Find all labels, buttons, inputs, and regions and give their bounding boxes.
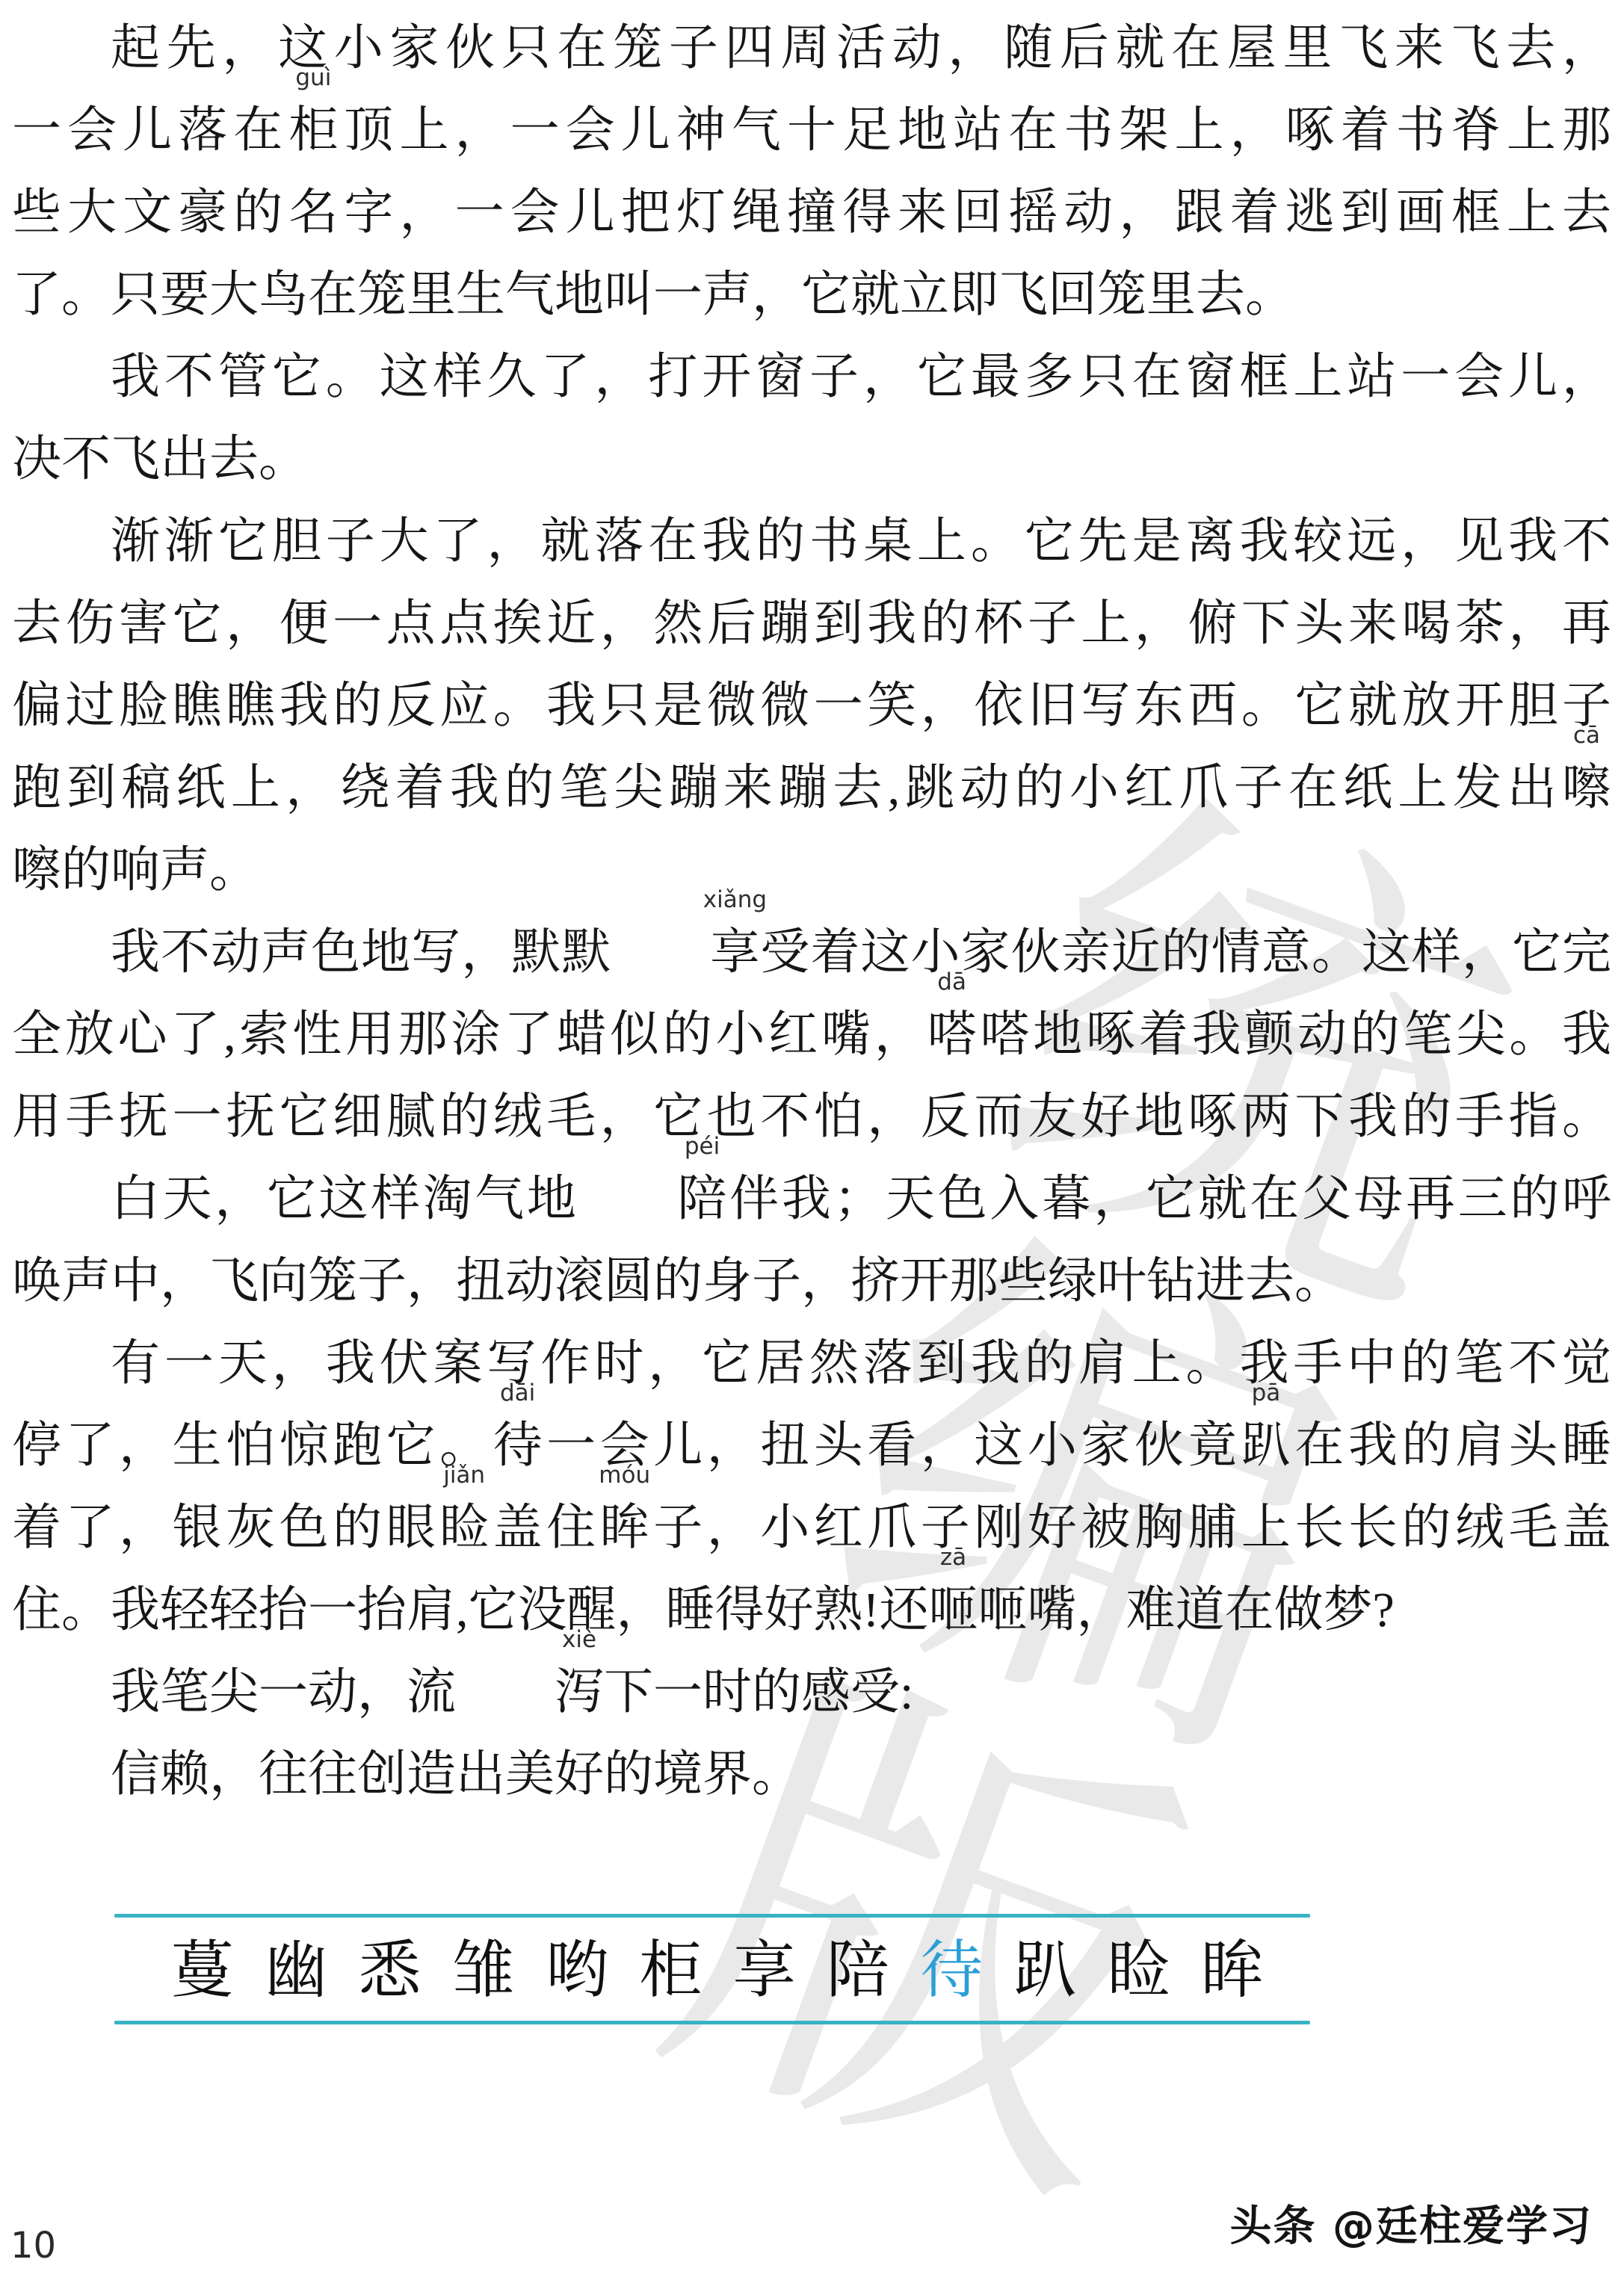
- annotated-char: guì柜: [288, 90, 338, 172]
- text-line: 有一天，我伏案写作时，它居然落到我的肩上。我手中的笔不觉: [12, 1323, 1611, 1405]
- annotated-char: zā咂: [928, 1569, 978, 1652]
- practice-character: 享: [733, 1934, 796, 2006]
- text-line: 起先，这小家伙只在笼子四周活动，随后就在屋里飞来飞去，: [12, 7, 1611, 90]
- text-line: 我不管它。这样久了，打开窗子，它最多只在窗框上站一会儿，: [12, 336, 1611, 418]
- text-line: 决不飞出去。: [12, 418, 1611, 501]
- text-line: 我不动声色地写，默默xiǎng享受着这小家伙亲近的情意。这样，它完: [12, 912, 1611, 994]
- annotated-char: xiè泻: [456, 1652, 604, 1734]
- text-line: 跑到稿纸上，绕着我的笔尖蹦来蹦去,跳动的小红爪子在纸上发出cā嚓: [12, 747, 1611, 830]
- text-line: 着了，银灰色的眼jiǎn睑盖住móu眸子，小红爪子刚好被胸脯上长长的绒毛盖: [12, 1487, 1611, 1569]
- annotated-char: xiǎng享: [611, 912, 759, 994]
- practice-character: 睑: [1108, 1934, 1170, 2006]
- text-line: 全放心了,索性用那涂了蜡似的小红嘴，dā嗒嗒地啄着我颤动的笔尖。我: [12, 994, 1611, 1076]
- text-line: 我笔尖一动，流xiè泻下一时的感受:: [12, 1652, 1611, 1734]
- text-line: 一会儿落在guì柜顶上，一会儿神气十足地站在书架上，啄着书脊上那: [12, 90, 1611, 172]
- textbook-page: 统编版 起先，这小家伙只在笼子四周活动，随后就在屋里飞来飞去，一会儿落在guì柜…: [0, 0, 1624, 2283]
- text-line: 偏过脸瞧瞧我的反应。我只是微微一笑，依旧写东西。它就放开胆子: [12, 665, 1611, 747]
- pinyin-annotation: dā: [937, 971, 966, 994]
- pinyin-annotation: móu: [599, 1464, 650, 1487]
- text-line: 住。我轻轻抬一抬肩,它没醒，睡得好熟!还zā咂咂嘴，难道在做梦?: [12, 1569, 1611, 1652]
- practice-character: 蔓: [171, 1934, 234, 2006]
- text-line: 去伤害它，便一点点挨近，然后蹦到我的杯子上，俯下头来喝茶，再: [12, 583, 1611, 665]
- annotated-char: péi陪: [579, 1158, 727, 1241]
- pinyin-annotation: pā: [1252, 1382, 1281, 1405]
- annotated-char: dā嗒: [927, 994, 977, 1076]
- pinyin-annotation: jiǎn: [443, 1464, 485, 1487]
- text-line: 白天，它这样淘气地péi陪伴我；天色入暮，它就在父母再三的呼: [12, 1158, 1611, 1241]
- charbox-bottom-rule: [114, 2021, 1310, 2024]
- practice-character: 眸: [1201, 1934, 1264, 2006]
- practice-character: 待: [920, 1934, 983, 2006]
- text-line: 信赖，往往创造出美好的境界。: [12, 1734, 1611, 1816]
- practice-character: 雏: [452, 1934, 515, 2006]
- pinyin-annotation: zā: [940, 1546, 966, 1569]
- annotated-char: jiǎn睑: [439, 1487, 489, 1569]
- text-line: 了。只要大鸟在笼里生气地叫一声，它就立即飞回笼里去。: [12, 254, 1611, 336]
- practice-character: 趴: [1013, 1934, 1076, 2006]
- pinyin-annotation: péi: [586, 1135, 720, 1158]
- pinyin-annotation: guì: [295, 67, 331, 90]
- practice-character: 悉: [359, 1934, 422, 2006]
- text-body: 起先，这小家伙只在笼子四周活动，随后就在屋里飞来飞去，一会儿落在guì柜顶上，一…: [12, 7, 1611, 1816]
- annotated-char: pā趴: [1241, 1405, 1291, 1487]
- credit-stamp: 头条 @廷柱爱学习: [1230, 2193, 1593, 2253]
- practice-character: 柜: [639, 1934, 702, 2006]
- practice-character: 哟: [546, 1934, 608, 2006]
- text-line: 停了，生怕惊跑它。dāi待一会儿，扭头看，这小家伙竟pā趴在我的肩头睡: [12, 1405, 1611, 1487]
- text-line: 渐渐它胆子大了，就落在我的书桌上。它先是离我较远，见我不: [12, 501, 1611, 583]
- pinyin-annotation: xiǎng: [605, 889, 767, 912]
- new-characters-box: 蔓幽悉雏哟柜享陪待趴睑眸: [114, 1914, 1310, 2024]
- annotated-char: dāi待: [493, 1405, 543, 1487]
- text-line: 嚓的响声。: [12, 830, 1611, 912]
- page-number: 10: [10, 2225, 56, 2267]
- charbox-characters: 蔓幽悉雏哟柜享陪待趴睑眸: [114, 1934, 1310, 2006]
- annotated-char: cā嚓: [1562, 747, 1611, 830]
- annotated-char: móu眸: [600, 1487, 649, 1569]
- text-line: 用手抚一抚它细腻的绒毛，它也不怕，反而友好地啄两下我的手指。: [12, 1076, 1611, 1158]
- charbox-top-rule: [114, 1914, 1310, 1918]
- text-line: 些大文豪的名字，一会儿把灯绳撞得来回摇动，跟着逃到画框上去: [12, 172, 1611, 254]
- practice-character: 陪: [827, 1934, 889, 2006]
- text-line: 唤声中，飞向笼子，扭动滚圆的身子，挤开那些绿叶钻进去。: [12, 1241, 1611, 1323]
- practice-character: 幽: [265, 1934, 327, 2006]
- pinyin-annotation: dāi: [500, 1382, 535, 1405]
- pinyin-annotation: cā: [1573, 724, 1600, 747]
- pinyin-annotation: xiè: [463, 1628, 596, 1652]
